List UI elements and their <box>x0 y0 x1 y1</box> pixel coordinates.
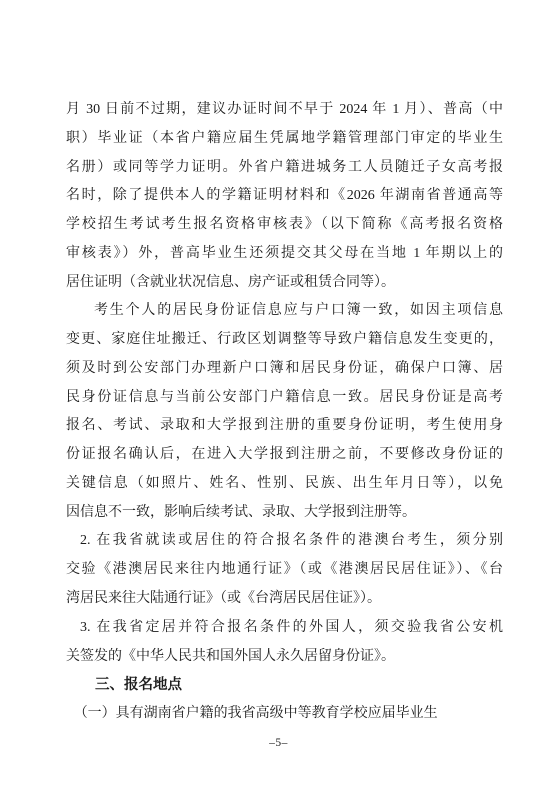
paragraph-item-2-hk-mo-tw: 2. 在我省就读或居住的符合报名条件的港澳台考生，须分别交验《港澳居民来往内地通… <box>66 527 503 613</box>
paragraph-continuation: 月 30 日前不过期，建议办证时间不早于 2024 年 1 月）、普高（中职）毕… <box>66 96 503 297</box>
paragraph-id-card-info: 考生个人的居民身份证信息应与户口簿一致，如因主项信息变更、家庭住址搬迁、行政区划… <box>66 297 503 527</box>
text-line: （一）具有湖南省户籍的我省高级中等教育学校应届毕业生 <box>66 700 503 729</box>
text-line: 因信息不一致，影响后续考试、录取、大学报到注册等。 <box>66 499 503 528</box>
text-line: 须及时到公安部门办理新户口簿和居民身份证，确保户口簿、居 <box>66 355 503 384</box>
text-line: 名时，除了提供本人的学籍证明材料和《2026 年湖南省普通高等 <box>66 182 503 211</box>
text-line: 居住证明（含就业状况信息、房产证或租赁合同等）。 <box>66 269 503 298</box>
text-line: 名册）或同等学力证明。外省户籍进城务工人员随迁子女高考报 <box>66 154 503 183</box>
text-line: 关签发的《中华人民共和国外国人永久居留身份证》。 <box>66 643 503 672</box>
section-heading-registration-location: 三、报名地点 <box>66 671 503 700</box>
text-line: 报名、考试、录取和大学报到注册的重要身份证明，考生使用身 <box>66 412 503 441</box>
text-line: 关键信息（如照片、姓名、性别、民族、出生年月日等），以免 <box>66 470 503 499</box>
text-line: 考生个人的居民身份证信息应与户口簿一致，如因主项信息 <box>66 297 503 326</box>
text-line: 变更、家庭住址搬迁、行政区划调整等导致户籍信息发生变更的， <box>66 326 503 355</box>
text-line: 份证报名确认后，在进入大学报到注册之前，不要修改身份证的 <box>66 441 503 470</box>
text-line: 湾居民来往大陆通行证》（或《台湾居民居住证》）。 <box>66 585 503 614</box>
text-line: 3. 在我省定居并符合报名条件的外国人，须交验我省公安机 <box>66 614 503 643</box>
document-page: 月 30 日前不过期，建议办证时间不早于 2024 年 1 月）、普高（中职）毕… <box>0 0 557 793</box>
text-line: 月 30 日前不过期，建议办证时间不早于 2024 年 1 月）、普高（中 <box>66 96 503 125</box>
text-line: 三、报名地点 <box>66 671 503 700</box>
text-line: 交验《港澳居民来往内地通行证》（或《港澳居民居住证》）、《台 <box>66 556 503 585</box>
text-line: 职）毕业证（本省户籍应届生凭属地学籍管理部门审定的毕业生 <box>66 125 503 154</box>
text-line: 2. 在我省就读或居住的符合报名条件的港澳台考生，须分别 <box>66 527 503 556</box>
text-line: 学校招生考试考生报名资格审核表》（以下简称《高考报名资格 <box>66 211 503 240</box>
text-line: 审核表》）外，普高毕业生还须提交其父母在当地 1 年期以上的 <box>66 240 503 269</box>
paragraph-item-3-foreigners: 3. 在我省定居并符合报名条件的外国人，须交验我省公安机关签发的《中华人民共和国… <box>66 614 503 672</box>
paragraph-item-1-hunan-residents: （一）具有湖南省户籍的我省高级中等教育学校应届毕业生 <box>66 700 503 729</box>
document-text-block: 月 30 日前不过期，建议办证时间不早于 2024 年 1 月）、普高（中职）毕… <box>66 96 503 729</box>
page-number: –5– <box>0 737 557 749</box>
text-line: 民身份证信息与当前公安部门户籍信息一致。居民身份证是高考 <box>66 384 503 413</box>
